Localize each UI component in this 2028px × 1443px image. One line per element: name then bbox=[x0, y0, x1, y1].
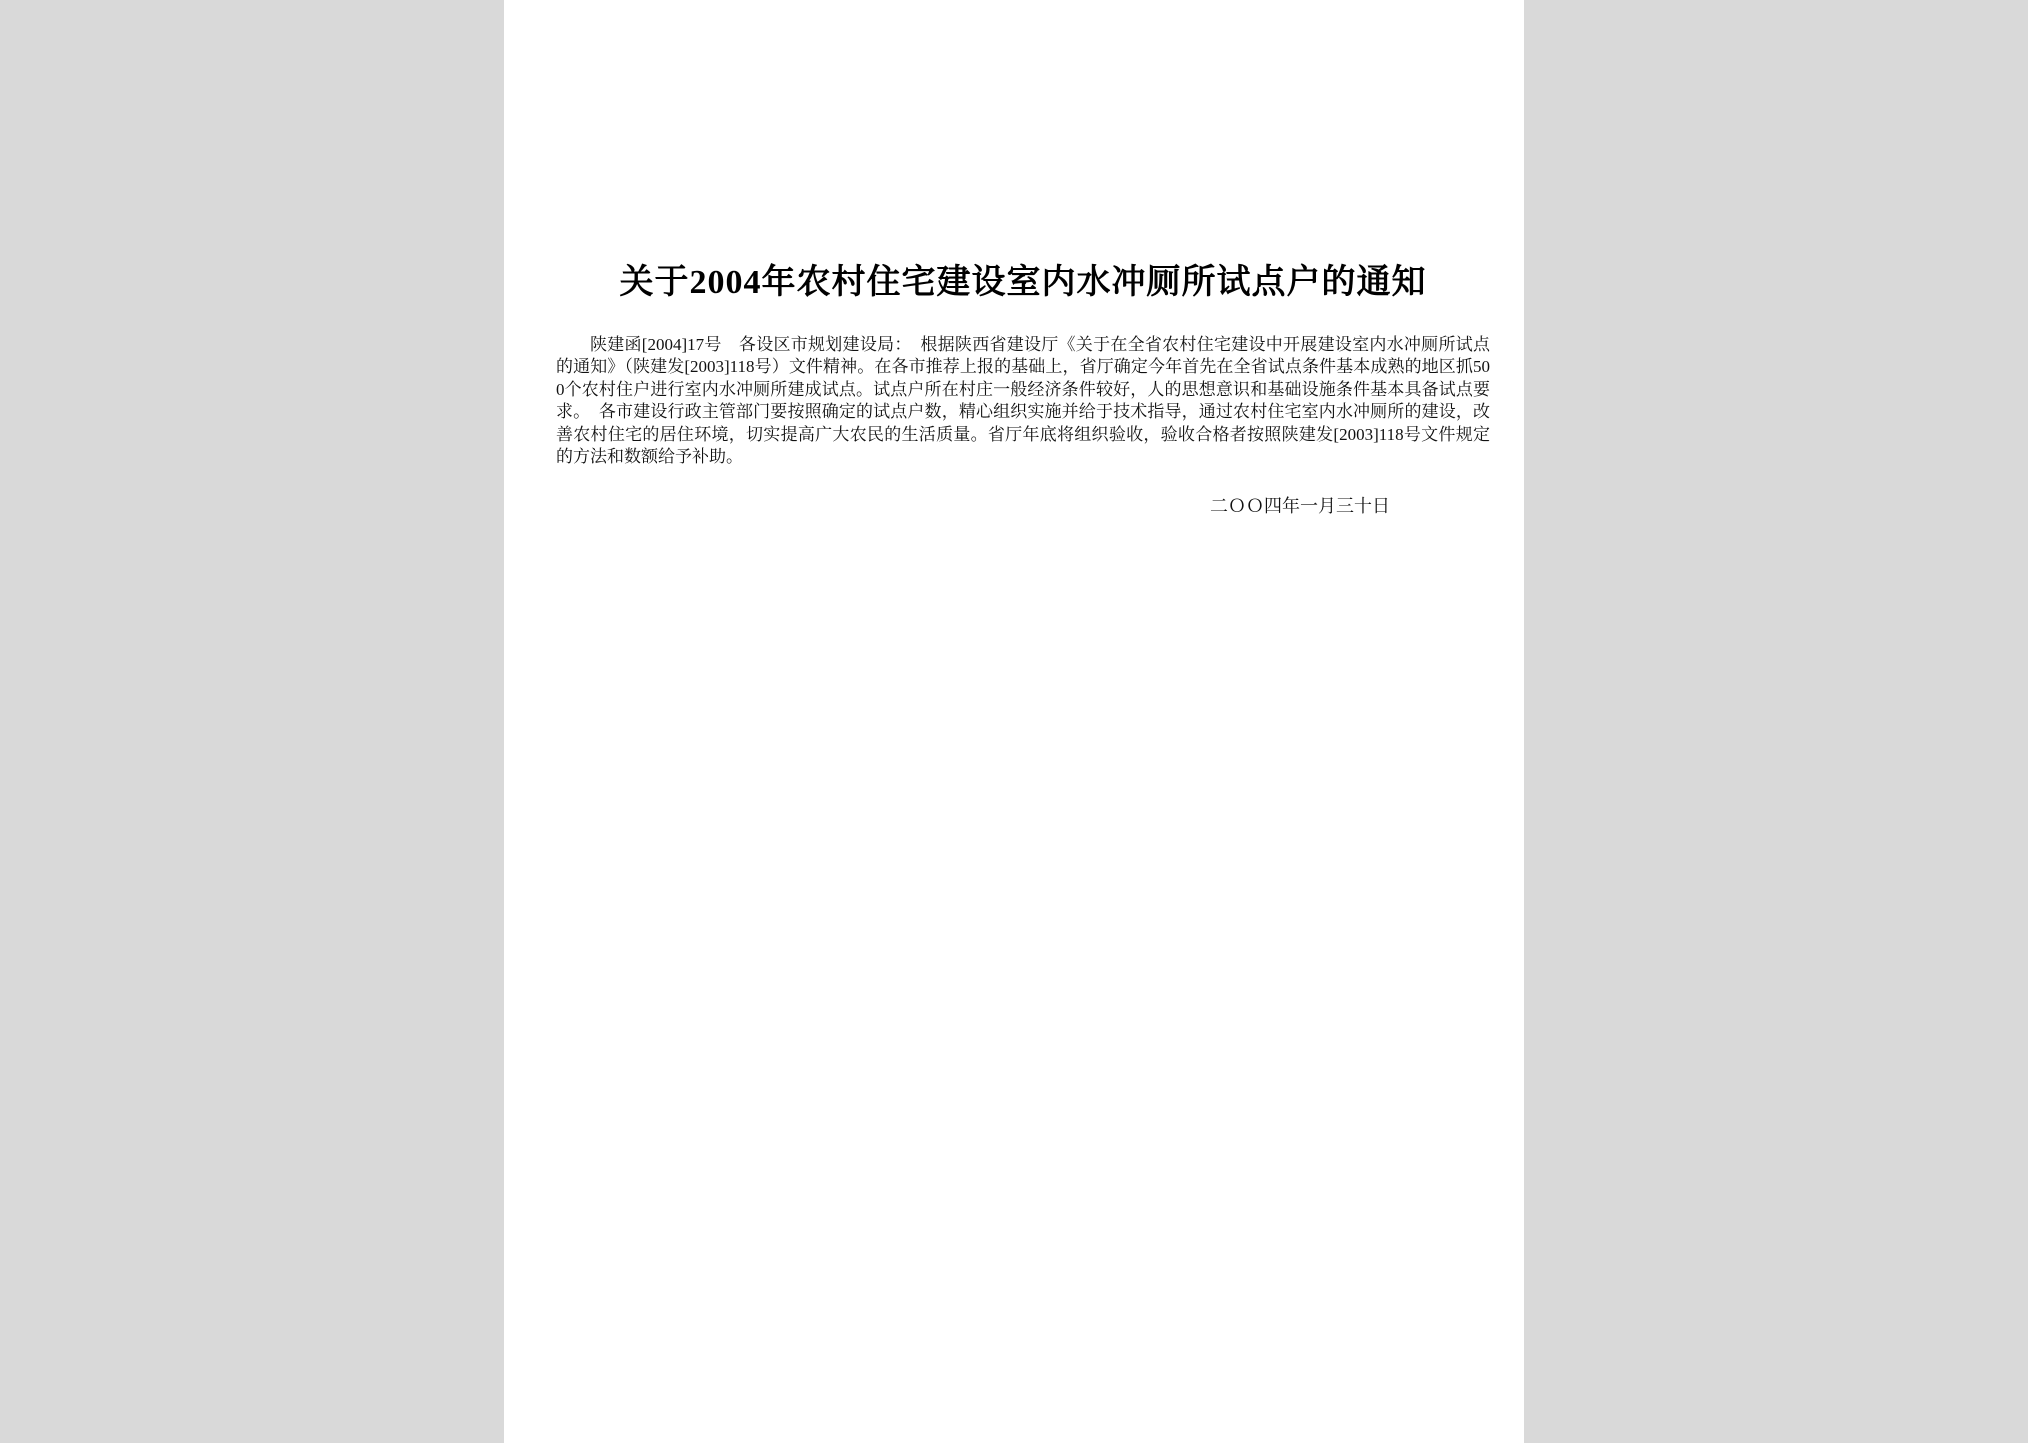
document-viewer-canvas: 关于2004年农村住宅建设室内水冲厕所试点户的通知 陕建函[2004]17号 各… bbox=[0, 0, 2028, 1443]
document-date: 二ＯＯ四年一月三十日 bbox=[556, 494, 1390, 518]
document-body-paragraph: 陕建函[2004]17号 各设区市规划建设局： 根据陕西省建设厅《关于在全省农村… bbox=[556, 334, 1490, 468]
document-page: 关于2004年农村住宅建设室内水冲厕所试点户的通知 陕建函[2004]17号 各… bbox=[504, 0, 1524, 1443]
document-title: 关于2004年农村住宅建设室内水冲厕所试点户的通知 bbox=[556, 260, 1490, 306]
